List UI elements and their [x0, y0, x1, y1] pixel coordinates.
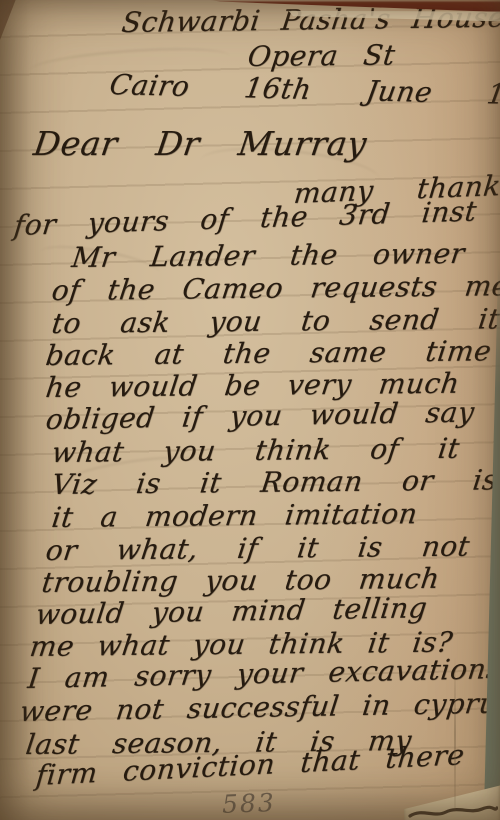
top-left-shadow — [0, 0, 26, 40]
body-line: obliged if you would say — [44, 396, 476, 436]
page-number: 583 — [222, 788, 277, 819]
letter-page: Schwarbi Pasha's House Opera St Cairo 16… — [0, 0, 500, 820]
ink-smudge — [408, 800, 498, 820]
body-line: Mr Lander the owner — [70, 237, 467, 274]
body-line: for yours of the 3rd inst — [12, 195, 478, 242]
paper-crease — [454, 657, 456, 812]
salutation: Dear Dr Murray — [31, 124, 369, 163]
body-line: it a modern imitation — [50, 497, 420, 534]
heading-date-line: Cairo 16th June 1898 — [107, 68, 500, 112]
heading-street-line: Opera St — [246, 38, 397, 73]
body-line: of the Cameo requests me — [50, 269, 500, 307]
body-line: would you mind telling — [34, 591, 429, 631]
body-line: Viz is it Roman or is — [50, 463, 500, 501]
